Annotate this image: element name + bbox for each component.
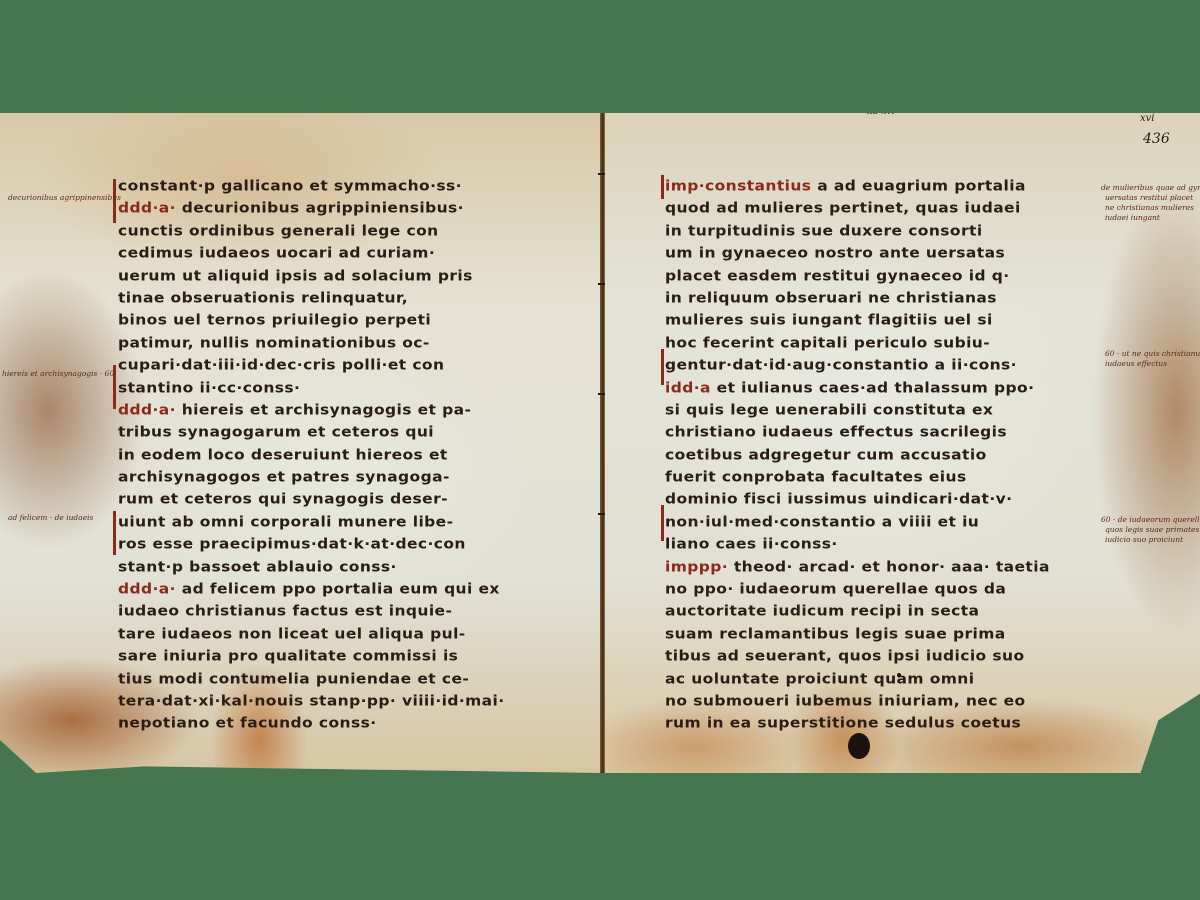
text-line: suam reclamantibus legis suae prima (665, 624, 1120, 644)
text-line: sare iniuria pro qualitate commissi is (118, 646, 568, 666)
rubric-initial: imppp· (665, 559, 728, 575)
folio-number: 436 (1143, 131, 1170, 147)
folio-mark: xvi (1140, 113, 1155, 124)
text-line: ddd·a· ad felicem ppo portalia eum qui e… (118, 579, 568, 599)
rubric-initial: ddd·a· (118, 402, 176, 418)
rubric-initial: ddd·a· (118, 200, 176, 216)
text-line: ros esse praecipimus·dat·k·at·dec·con (118, 534, 568, 554)
rubric-initial: imp·constantius (665, 178, 811, 194)
running-head: lib·xvi (867, 107, 894, 117)
text-line: uerum ut aliquid ipsis ad solacium pris (118, 266, 568, 286)
text-line: imppp· theod· arcad· et honor· aaa· taet… (665, 557, 1120, 577)
text-line: uiunt ab omni corporali munere libe- (118, 512, 568, 532)
text-line: no submoueri iubemus iniuriam, nec eo (665, 691, 1120, 711)
rubric-initial: ddd·a· (118, 581, 176, 597)
text-line: idd·a et iulianus caes·ad thalassum ppo· (665, 378, 1120, 398)
text-line: cedimus iudaeos uocari ad curiam· (118, 243, 568, 263)
text-line: liano caes ii·conss· (665, 534, 1120, 554)
text-line: tius modi contumelia puniendae et ce- (118, 669, 568, 689)
rubric-initial-bar (661, 349, 664, 385)
text-line: dominio fisci iussimus uindicari·dat·v· (665, 490, 1120, 510)
text-line: stant·p bassoet ablauio conss· (118, 557, 568, 577)
text-line: cupari·dat·iii·id·dec·cris polli·et con (118, 355, 568, 375)
text-line: si quis lege uenerabili constituta ex (665, 400, 1120, 420)
text-line: no ppo· iudaeorum querellae quos da (665, 579, 1120, 599)
parchment-hole (848, 733, 870, 759)
text-line: in turpitudinis sue duxere consorti (665, 221, 1120, 241)
text-line: ac uoluntate proiciunt quam omni (665, 669, 1120, 689)
rubric-initial-bar (661, 175, 664, 199)
text-line: auctoritate iudicum recipi in secta (665, 602, 1120, 622)
text-line: in eodem loco deseruiunt hiereos et (118, 445, 568, 465)
left-page: decurionibus agrippinensibus hiereis et … (0, 113, 603, 773)
line-body: hiereis et archisynagogis et pa- (176, 402, 471, 418)
text-line: um in gynaeceo nostro ante uersatas (665, 243, 1120, 263)
text-line: christiano iudaeus effectus sacrilegis (665, 422, 1120, 442)
margin-note: decurionibus agrippinensibus (8, 193, 121, 202)
text-line: rum et ceteros qui synagogis deser- (118, 490, 568, 510)
text-line: iudaeo christianus factus est inquie- (118, 602, 568, 622)
text-line: imp·constantius a ad euagrium portalia (665, 176, 1120, 196)
text-line: mulieres suis iungant flagitiis uel si (665, 310, 1120, 330)
right-page: lib·xvi xvi 436 de mulieribus quae ad gy… (605, 113, 1200, 773)
line-body: ad felicem ppo portalia eum qui ex (176, 581, 500, 597)
text-line: cunctis ordinibus generali lege con (118, 221, 568, 241)
text-line: non·iul·med·constantio a viiii et iu (665, 512, 1120, 532)
text-line: tinae obseruationis relinquatur, (118, 288, 568, 308)
text-line: quod ad mulieres pertinet, quas iudaei (665, 199, 1120, 219)
text-line: binos uel ternos priuilegio perpeti (118, 310, 568, 330)
left-page-text: constant·p gallicano et symmacho·ss· ddd… (118, 175, 568, 735)
ink-dot (897, 673, 901, 677)
text-line: gentur·dat·id·aug·constantio a ii·cons· (665, 355, 1120, 375)
text-line: constant·p gallicano et symmacho·ss· (118, 176, 568, 196)
text-line: ddd·a· decurionibus agrippiniensibus· (118, 199, 568, 219)
text-line: fuerit conprobata facultates eius (665, 467, 1120, 487)
rubric-initial-bar (113, 511, 116, 555)
text-line: nepotiano et facundo conss· (118, 713, 568, 733)
text-line: tera·dat·xi·kal·nouis stanp·pp· viiii·id… (118, 691, 568, 711)
margin-note: hiereis et archisynagogis · 60 (2, 369, 114, 378)
text-line: tibus ad seuerant, quos ipsi iudicio suo (665, 646, 1120, 666)
text-line: coetibus adgregetur cum accusatio (665, 445, 1120, 465)
text-line: ddd·a· hiereis et archisynagogis et pa- (118, 400, 568, 420)
line-body: a ad euagrium portalia (811, 178, 1025, 194)
text-line: hoc fecerint capitali periculo subiu- (665, 333, 1120, 353)
line-body: decurionibus agrippiniensibus· (176, 200, 464, 216)
line-body: theod· arcad· et honor· aaa· taetia (728, 559, 1050, 575)
line-body: et iulianus caes·ad thalassum ppo· (711, 379, 1035, 395)
text-line: stantino ii·cc·conss· (118, 378, 568, 398)
text-line: in reliquum obseruari ne christianas (665, 288, 1120, 308)
margin-note: ad felicem · de iudaeis (8, 513, 93, 522)
text-line: tribus synagogarum et ceteros qui (118, 422, 568, 442)
right-page-text: imp·constantius a ad euagrium portalia q… (665, 175, 1120, 735)
text-line: patimur, nullis nominationibus oc- (118, 333, 568, 353)
text-line: rum in ea superstitione sedulus coetus (665, 713, 1120, 733)
text-line: archisynagogos et patres synagoga- (118, 467, 568, 487)
rubric-initial: idd·a (665, 379, 711, 395)
text-line: placet easdem restitui gynaeceo id q· (665, 266, 1120, 286)
manuscript-spread: decurionibus agrippinensibus hiereis et … (0, 113, 1200, 773)
rubric-initial-bar (661, 505, 664, 541)
text-line: tare iudaeos non liceat uel aliqua pul- (118, 624, 568, 644)
